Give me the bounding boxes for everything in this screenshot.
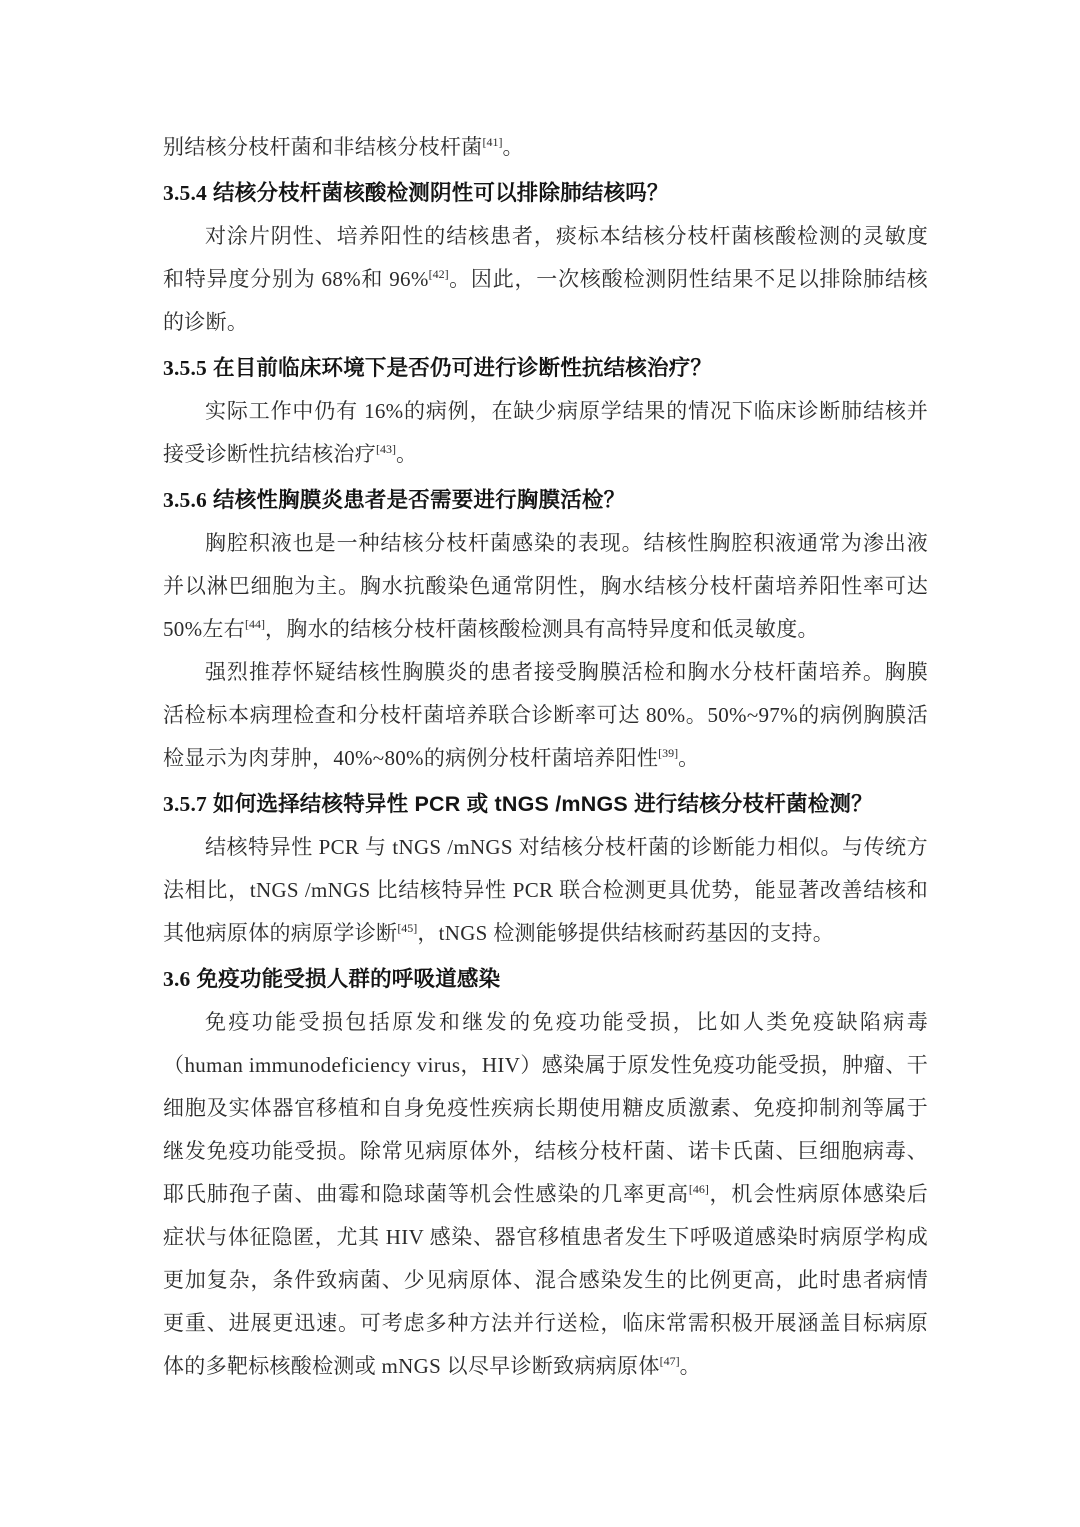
reference-superscript: [41] (483, 135, 503, 149)
section-number: 3.5.4 (163, 181, 207, 205)
reference-superscript: [47] (660, 1354, 680, 1368)
paragraph: 强烈推荐怀疑结核性胸膜炎的患者接受胸膜活检和胸水分枝杆菌培养。胸膜活检标本病理检… (163, 651, 928, 780)
paragraph: 对涂片阴性、培养阳性的结核患者，痰标本结核分枝杆菌核酸检测的灵敏度和特异度分别为… (163, 215, 928, 344)
reference-superscript: [45] (397, 921, 417, 935)
reference-superscript: [44] (245, 617, 265, 631)
section-heading: 3.5.5在目前临床环境下是否仍可进行诊断性抗结核治疗？ (163, 347, 928, 390)
section-heading: 3.5.4结核分枝杆菌核酸检测阴性可以排除肺结核吗？ (163, 172, 928, 215)
reference-superscript: [39] (658, 746, 678, 760)
paragraph: 别结核分枝杆菌和非结核分枝杆菌[41]。 (163, 126, 928, 169)
section-heading: 3.5.7如何选择结核特异性 PCR 或 tNGS /mNGS 进行结核分枝杆菌… (163, 783, 928, 826)
section-number: 3.6 (163, 967, 190, 991)
section-number: 3.5.6 (163, 488, 207, 512)
document-body: 别结核分枝杆菌和非结核分枝杆菌[41]。3.5.4结核分枝杆菌核酸检测阴性可以排… (163, 126, 928, 1388)
paragraph: 实际工作中仍有 16%的病例，在缺少病原学结果的情况下临床诊断肺结核并接受诊断性… (163, 390, 928, 476)
reference-superscript: [43] (376, 442, 396, 456)
reference-superscript: [42] (429, 267, 449, 281)
section-number: 3.5.7 (163, 792, 207, 816)
paragraph: 胸腔积液也是一种结核分枝杆菌感染的表现。结核性胸腔积液通常为渗出液并以淋巴细胞为… (163, 522, 928, 651)
paragraph: 结核特异性 PCR 与 tNGS /mNGS 对结核分枝杆菌的诊断能力相似。与传… (163, 826, 928, 955)
section-heading: 3.6免疫功能受损人群的呼吸道感染 (163, 958, 928, 1001)
reference-superscript: [46] (689, 1182, 709, 1196)
section-number: 3.5.5 (163, 356, 207, 380)
section-heading: 3.5.6结核性胸膜炎患者是否需要进行胸膜活检？ (163, 479, 928, 522)
paragraph: 免疫功能受损包括原发和继发的免疫功能受损，比如人类免疫缺陷病毒（human im… (163, 1001, 928, 1388)
document-page: 别结核分枝杆菌和非结核分枝杆菌[41]。3.5.4结核分枝杆菌核酸检测阴性可以排… (0, 0, 1080, 1527)
